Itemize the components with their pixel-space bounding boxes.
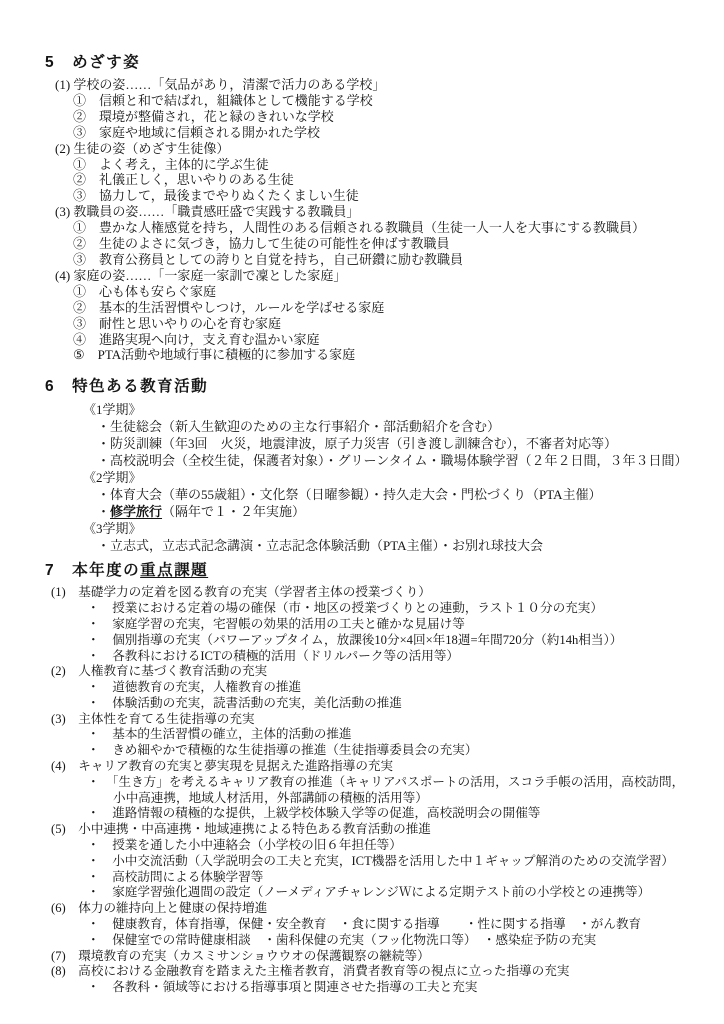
doc-line: ・体育大会（華の55歳組）・文化祭（日曜参観）・持久走大会・門松づくり（PTA主… <box>45 486 706 503</box>
doc-line: ・ 健康教育，体育指導，保健・安全教育 ・食に関する指導 ・性に関する指導 ・が… <box>45 917 706 933</box>
text-run: ・ 各教科・領域等における指導事項と関連させた指導の工夫と充実 <box>87 980 477 994</box>
text-run: 7 本年度の <box>45 562 140 579</box>
text-run: (2) 人権教育に基づく教育活動の充実 <box>51 664 267 678</box>
emphasized-text-run: 重点課題 <box>140 562 208 579</box>
text-run: (6) 体力の維持向上と健康の保持増進 <box>51 901 267 915</box>
text-run: ・ 家庭学習強化週間の設定（ノーメディアチャレンジＷによる定期テスト前の小学校と… <box>87 885 650 899</box>
text-run: ・ 授業を通した小中連絡会（小学校の旧６年担任等） <box>87 838 402 852</box>
text-run: (5) 小中連携・中高連携・地域連携による特色ある教育活動の推進 <box>51 822 431 836</box>
doc-line: ・ 授業における定着の場の確保（市・地区の授業づくりとの連動，ラスト１０分の充実… <box>45 601 706 617</box>
doc-line: ② 生徒のよさに気づき，協力して生徒の可能性を伸ばす教職員 <box>45 236 706 252</box>
doc-line: 小中高連携，地域人材活用，外部講師の積極的活用等） <box>45 791 706 807</box>
doc-line: ② 環境が整備され，花と緑のきれいな学校 <box>45 109 706 125</box>
emphasized-text-run: 修学旅行 <box>110 504 162 519</box>
doc-line: ・ 個別指導の充実（パワーアップタイム，放課後10分×4回×年18週=年間720… <box>45 633 706 649</box>
doc-line: ・ きめ細やかで積極的な生徒指導の推進（生徒指導委員会の充実） <box>45 743 706 759</box>
doc-line: ④ 進路実現へ向け，支え育む温かい家庭 <box>45 332 706 348</box>
doc-line: ・ 高校訪問による体験学習等 <box>45 870 706 886</box>
doc-line: ・ 進路情報の積極的な提供，上級学校体験入学等の促進，高校説明会の開催等 <box>45 806 706 822</box>
section-heading: 6 特色ある教育活動 <box>45 376 706 398</box>
text-run: ・ 高校訪問による体験学習等 <box>87 870 263 884</box>
text-run: 5 めざす姿 <box>45 54 140 71</box>
section-7-honnendo-no-juten-kadai: 7 本年度の重点課題(1) 基礎学力の定着を図る教育の充実（学習者主体の授業づく… <box>45 560 706 996</box>
text-run: ・ 各教科におけるICTの積極的活用（ドリルパーク等の活用等） <box>87 649 459 663</box>
text-run: ② 生徒のよさに気づき，協力して生徒の可能性を伸ばす教職員 <box>73 236 449 251</box>
doc-line: ・ 小中交流活動（入学説明会の工夫と充実，ICT機器を活用した中１ギャップ解消の… <box>45 854 706 870</box>
text-run: 6 特色ある教育活動 <box>45 378 208 395</box>
text-run: ・ <box>97 504 110 519</box>
doc-line: ① 信頼と和で結ばれ，組織体として機能する学校 <box>45 93 706 109</box>
doc-line: 《3学期》 <box>45 520 706 537</box>
doc-line: ・立志式，立志式記念講演・立志記念体験活動（PTA主催）・お別れ球技大会 <box>45 537 706 554</box>
doc-line: (5) 小中連携・中高連携・地域連携による特色ある教育活動の推進 <box>45 822 706 838</box>
text-run: (8) 高校における金融教育を踏まえた主権者教育，消費者教育等の視点に立った指導… <box>51 964 569 978</box>
text-run: ・ 家庭学習の充実，宅習帳の効果的活用の工夫と確かな見届け等 <box>87 617 465 631</box>
text-run: ・ 進路情報の積極的な提供，上級学校体験入学等の促進，高校説明会の開催等 <box>87 806 540 820</box>
document-page: 5 めざす姿(1) 学校の姿……「気品があり，清潔で活力のある学校」① 信頼と和… <box>0 0 724 1024</box>
text-run: （隔年で１・２年実施） <box>162 504 305 519</box>
text-run: ・生徒総会（新入生歓迎のための主な行事紹介・部活動紹介を含む） <box>97 419 500 434</box>
text-run: ・ 体験活動の充実，読書活動の充実，美化活動の推進 <box>87 696 402 710</box>
doc-line: ③ 教育公務員としての誇りと自覚を持ち，自己研鑽に励む教職員 <box>45 252 706 268</box>
doc-line: (3) 主体性を育てる生徒指導の充実 <box>45 712 706 728</box>
doc-line: ② 礼儀正しく，思いやりのある生徒 <box>45 172 706 188</box>
text-run: ・ 個別指導の充実（パワーアップタイム，放課後10分×4回×年18週=年間720… <box>87 633 622 647</box>
doc-line: (7) 環境教育の充実（カスミサンショウウオの保護観察の継続等） <box>45 949 706 965</box>
doc-line: (4) 家庭の姿……「一家庭一家訓で凜とした家庭」 <box>45 268 706 284</box>
text-run: ・ 「生き方」を考えるキャリア教育の推進（キャリアパスポートの活用，スコラ手帳の… <box>87 775 684 789</box>
text-run: 《1学期》 <box>83 402 142 417</box>
doc-line: ⑤ PTA活動や地域行事に積極的に参加する家庭 <box>45 347 706 363</box>
doc-line: ・ 授業を通した小中連絡会（小学校の旧６年担任等） <box>45 838 706 854</box>
text-run: ・ 授業における定着の場の確保（市・地区の授業づくりとの連動，ラスト１０分の充実… <box>87 601 603 615</box>
doc-line: ・ 基本的生活習慣の確立，主体的活動の推進 <box>45 727 706 743</box>
text-run: (7) 環境教育の充実（カスミサンショウウオの保護観察の継続等） <box>51 949 430 963</box>
text-run: 《2学期》 <box>83 470 142 485</box>
doc-line: ・ 家庭学習強化週間の設定（ノーメディアチャレンジＷによる定期テスト前の小学校と… <box>45 885 706 901</box>
text-run: (1) 学校の姿……「気品があり，清潔で活力のある学校」 <box>55 77 385 92</box>
doc-line: (6) 体力の維持向上と健康の保持増進 <box>45 901 706 917</box>
doc-line: (2) 人権教育に基づく教育活動の充実 <box>45 664 706 680</box>
text-run: ③ 協力して，最後までやりぬくたくましい生徒 <box>73 188 359 203</box>
text-run: ・ 基本的生活習慣の確立，主体的活動の推進 <box>87 727 351 741</box>
doc-line: ① 豊かな人権感覚を持ち，人間性のある信頼される教職員（生徒一人一人を大事にする… <box>45 220 706 236</box>
text-run: ・立志式，立志式記念講演・立志記念体験活動（PTA主催）・お別れ球技大会 <box>97 538 543 553</box>
doc-line: (2) 生徒の姿（めざす生徒像） <box>45 141 706 157</box>
doc-line: ① よく考え，主体的に学ぶ生徒 <box>45 157 706 173</box>
doc-line: 《2学期》 <box>45 469 706 486</box>
text-run: ・ 保健室での常時健康相談 ・歯科保健の充実（フッ化物洗口等） ・感染症予防の充… <box>87 933 596 947</box>
doc-line: ・高校説明会（全校生徒，保護者対象）・グリーンタイム・職場体験学習（２年２日間，… <box>45 452 706 469</box>
doc-line: ・修学旅行（隔年で１・２年実施） <box>45 503 706 520</box>
doc-line: ・ 道徳教育の充実，人権教育の推進 <box>45 680 706 696</box>
doc-line: (8) 高校における金融教育を踏まえた主権者教育，消費者教育等の視点に立った指導… <box>45 964 706 980</box>
doc-line: ・ 家庭学習の充実，宅習帳の効果的活用の工夫と確かな見届け等 <box>45 617 706 633</box>
text-run: 小中高連携，地域人材活用，外部講師の積極的活用等） <box>113 791 428 805</box>
doc-line: ③ 家庭や地域に信頼される開かれた学校 <box>45 125 706 141</box>
text-run: ③ 耐性と思いやりの心を育む家庭 <box>73 316 281 331</box>
text-run: (4) 家庭の姿……「一家庭一家訓で凜とした家庭」 <box>55 268 346 283</box>
text-run: (3) 教職員の姿……「職責感旺盛で実践する教職員」 <box>55 204 359 219</box>
text-run: 《3学期》 <box>83 521 142 536</box>
text-run: ① 信頼と和で結ばれ，組織体として機能する学校 <box>73 93 373 108</box>
section-heading: 5 めざす姿 <box>45 52 706 74</box>
text-run: ・ 小中交流活動（入学説明会の工夫と充実，ICT機器を活用した中１ギャップ解消の… <box>87 854 674 868</box>
doc-line: ・ 保健室での常時健康相談 ・歯科保健の充実（フッ化物洗口等） ・感染症予防の充… <box>45 933 706 949</box>
text-run: (4) キャリア教育の充実と夢実現を見据えた進路指導の充実 <box>51 759 393 773</box>
text-run: ① 豊かな人権感覚を持ち，人間性のある信頼される教職員（生徒一人一人を大事にする… <box>73 220 645 235</box>
text-run: ・体育大会（華の55歳組）・文化祭（日曜参観）・持久走大会・門松づくり（PTA主… <box>97 487 602 502</box>
section-heading: 7 本年度の重点課題 <box>45 560 706 582</box>
doc-line: ③ 耐性と思いやりの心を育む家庭 <box>45 316 706 332</box>
text-run: ② 礼儀正しく，思いやりのある生徒 <box>73 172 294 187</box>
doc-line: (4) キャリア教育の充実と夢実現を見据えた進路指導の充実 <box>45 759 706 775</box>
text-run: ・高校説明会（全校生徒，保護者対象）・グリーンタイム・職場体験学習（２年２日間，… <box>97 453 687 468</box>
text-run: (1) 基礎学力の定着を図る教育の充実（学習者主体の授業づくり） <box>51 585 431 599</box>
text-run: ③ 家庭や地域に信頼される開かれた学校 <box>73 125 320 140</box>
text-run: ② 基本的生活習慣やしつけ，ルールを学ばせる家庭 <box>73 300 384 315</box>
text-run: ④ 進路実現へ向け，支え育む温かい家庭 <box>73 332 319 347</box>
text-run: ① 心も体も安らぐ家庭 <box>73 284 216 299</box>
doc-line: ③ 協力して，最後までやりぬくたくましい生徒 <box>45 188 706 204</box>
doc-line: (1) 学校の姿……「気品があり，清潔で活力のある学校」 <box>45 77 706 93</box>
doc-line: 《1学期》 <box>45 401 706 418</box>
text-run: ① よく考え，主体的に学ぶ生徒 <box>73 157 269 172</box>
doc-line: ・生徒総会（新入生歓迎のための主な行事紹介・部活動紹介を含む） <box>45 418 706 435</box>
text-run: ⑤ PTA活動や地域行事に積極的に参加する家庭 <box>73 347 355 362</box>
text-run: ② 環境が整備され，花と緑のきれいな学校 <box>73 109 334 124</box>
doc-line: ・ 各教科におけるICTの積極的活用（ドリルパーク等の活用等） <box>45 649 706 665</box>
doc-line: (3) 教職員の姿……「職責感旺盛で実践する教職員」 <box>45 204 706 220</box>
doc-line: ① 心も体も安らぐ家庭 <box>45 284 706 300</box>
text-run: ・防災訓練（年3回 火災，地震津波，原子力災害（引き渡し訓練含む），不審者対応等… <box>97 436 617 451</box>
text-run: ・ 道徳教育の充実，人権教育の推進 <box>87 680 301 694</box>
text-run: ・ きめ細やかで積極的な生徒指導の推進（生徒指導委員会の充実） <box>87 743 477 757</box>
text-run: (3) 主体性を育てる生徒指導の充実 <box>51 712 255 726</box>
text-run: ③ 教育公務員としての誇りと自覚を持ち，自己研鑽に励む教職員 <box>73 252 463 267</box>
doc-line: ・防災訓練（年3回 火災，地震津波，原子力災害（引き渡し訓練含む），不審者対応等… <box>45 435 706 452</box>
section-6-tokushoku-aru-kyoiku-katsudo: 6 特色ある教育活動《1学期》・生徒総会（新入生歓迎のための主な行事紹介・部活動… <box>45 376 706 554</box>
doc-line: (1) 基礎学力の定着を図る教育の充実（学習者主体の授業づくり） <box>45 585 706 601</box>
text-run: (2) 生徒の姿（めざす生徒像） <box>55 141 229 156</box>
doc-line: ・ 体験活動の充実，読書活動の充実，美化活動の推進 <box>45 696 706 712</box>
text-run: ・ 健康教育，体育指導，保健・安全教育 ・食に関する指導 ・性に関する指導 ・が… <box>87 917 641 931</box>
doc-line: ・ 各教科・領域等における指導事項と関連させた指導の工夫と充実 <box>45 980 706 996</box>
doc-line: ・ 「生き方」を考えるキャリア教育の推進（キャリアパスポートの活用，スコラ手帳の… <box>45 775 706 791</box>
section-5-mezasu-sugata: 5 めざす姿(1) 学校の姿……「気品があり，清潔で活力のある学校」① 信頼と和… <box>45 52 706 363</box>
doc-line: ② 基本的生活習慣やしつけ，ルールを学ばせる家庭 <box>45 300 706 316</box>
